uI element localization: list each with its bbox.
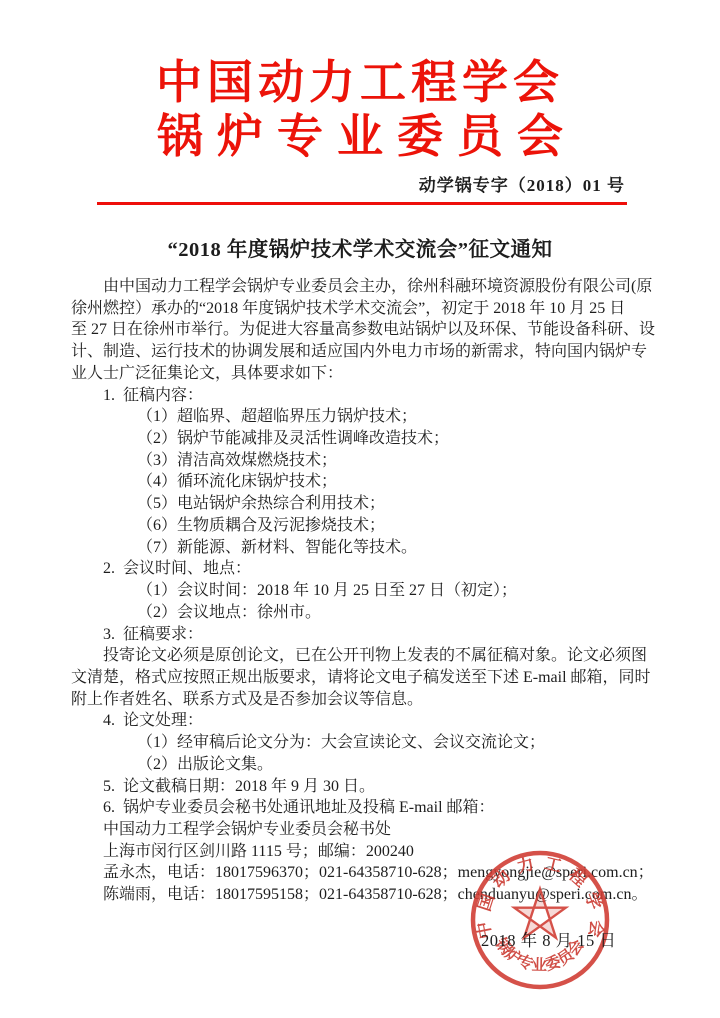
doc-line: （6）生物质耦合及污泥掺烧技术；: [71, 515, 631, 537]
doc-line: 文清楚，格式应按照正规出版要求，请将论文电子稿发送至下述 E-mail 邮箱，同…: [71, 667, 631, 689]
doc-title: “2018 年度锅炉技术学术交流会”征文通知: [0, 232, 720, 262]
org-header: 中国动力工程学会 锅炉专业委员会: [0, 56, 720, 164]
org-name-line1: 中国动力工程学会: [0, 56, 720, 110]
doc-line: 5. 论文截稿日期：2018 年 9 月 30 日。: [71, 776, 631, 798]
doc-line: 计、制造、运行技术的协调发展和适应国内外电力市场的新需求，特向国内锅炉专: [71, 341, 631, 363]
doc-line: （1）超临界、超超临界压力锅炉技术；: [71, 406, 631, 428]
doc-line: （2）锅炉节能减排及灵活性调峰改造技术；: [71, 428, 631, 450]
issue-date: 2018 年 8 月 15 日: [481, 927, 616, 951]
document-page: 中国动力工程学会 锅炉专业委员会 动学锅专字（2018）01 号 “2018 年…: [0, 0, 720, 1018]
doc-line: 由中国动力工程学会锅炉专业委员会主办，徐州科融环境资源股份有限公司(原: [71, 276, 631, 298]
doc-line: （1）会议时间：2018 年 10 月 25 日至 27 日（初定）；: [71, 580, 631, 602]
doc-line: 1. 征稿内容：: [71, 385, 631, 407]
doc-line: 徐州燃控）承办的“2018 年度锅炉技术学术交流会”，初定于 2018 年 10…: [71, 298, 631, 320]
doc-line: （2）出版论文集。: [71, 754, 631, 776]
doc-line: （2）会议地点：徐州市。: [71, 602, 631, 624]
official-seal: 中国动力工程学会 锅炉专业委员会: [462, 842, 618, 998]
issue-number: 动学锅专字（2018）01 号: [419, 171, 625, 196]
doc-line: 3. 征稿要求：: [71, 624, 631, 646]
doc-line: 附上作者姓名、联系方式及是否参加会议等信息。: [71, 689, 631, 711]
doc-line: （1）经审稿后论文分为：大会宣读论文、会议交流论文；: [71, 732, 631, 754]
doc-line: （5）电站锅炉余热综合利用技术；: [71, 493, 631, 515]
doc-line: （4）循环流化床锅炉技术；: [71, 471, 631, 493]
org-name-line2: 锅炉专业委员会: [14, 110, 720, 164]
doc-line: （3）清洁高效煤燃烧技术；: [71, 450, 631, 472]
red-divider-line: [97, 202, 627, 205]
doc-line: 2. 会议时间、地点：: [71, 558, 631, 580]
doc-line: 中国动力工程学会锅炉专业委员会秘书处: [71, 819, 631, 841]
doc-line: 6. 锅炉专业委员会秘书处通讯地址及投稿 E-mail 邮箱：: [71, 797, 631, 819]
doc-line: 至 27 日在徐州市举行。为促进大容量高参数电站锅炉以及环保、节能设备科研、设: [71, 319, 631, 341]
doc-line: 业人士广泛征集论文，具体要求如下：: [71, 363, 631, 385]
doc-line: 投寄论文必须是原创论文，已在公开刊物上发表的不属征稿对象。论文必须图: [71, 645, 631, 667]
doc-line: 4. 论文处理：: [71, 710, 631, 732]
document-body: 由中国动力工程学会锅炉专业委员会主办，徐州科融环境资源股份有限公司(原徐州燃控）…: [71, 276, 631, 906]
doc-line: （7）新能源、新材料、智能化等技术。: [71, 537, 631, 559]
